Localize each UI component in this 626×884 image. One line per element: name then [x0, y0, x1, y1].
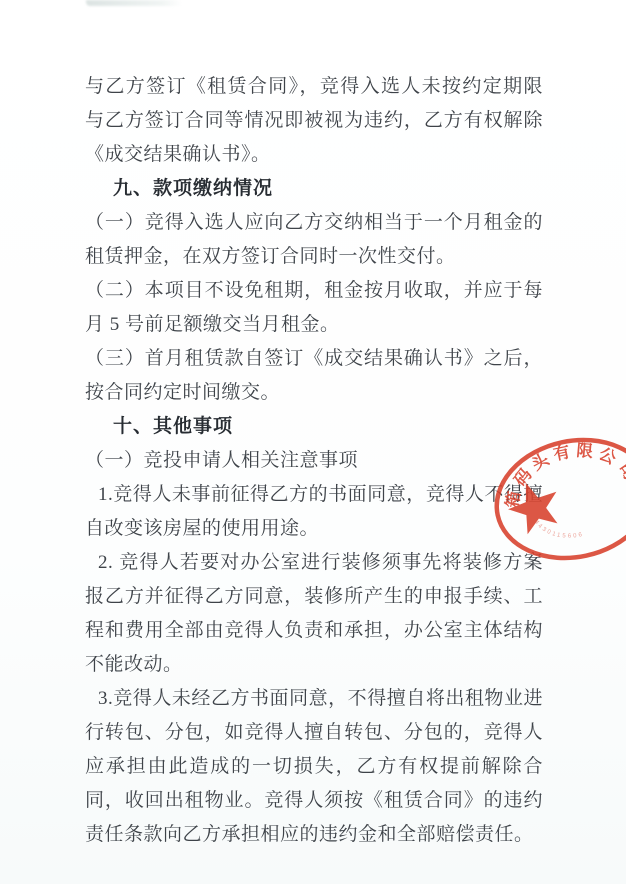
paragraph: （一）竞得入选人应向乙方交纳相当于一个月租金的租赁押金，在双方签订合同时一次性交…	[85, 206, 543, 274]
section-heading: 九、款项缴纳情况	[85, 172, 543, 206]
paragraph: （二）本项目不设免租期，租金按月收取，并应于每月 5 号前足额缴交当月租金。	[85, 274, 543, 342]
paragraph: （三）首月租赁款自签订《成交结果确认书》之后，按合同约定时间缴交。	[85, 342, 543, 410]
scan-artifact-smudge	[86, 0, 182, 6]
paragraph: 3.竞得人未经乙方书面同意，不得擅自将出租物业进行转包、分包，如竞得人擅自转包、…	[85, 682, 543, 852]
paragraph: 与乙方签订《租赁合同》，竞得入选人未按约定期限与乙方签订合同等情况即被视为违约，…	[85, 70, 543, 172]
company-seal-stamp: 箱码头有限公司 4430115606	[460, 408, 626, 598]
document-page: 与乙方签订《租赁合同》，竞得入选人未按约定期限与乙方签订合同等情况即被视为违约，…	[0, 0, 626, 884]
